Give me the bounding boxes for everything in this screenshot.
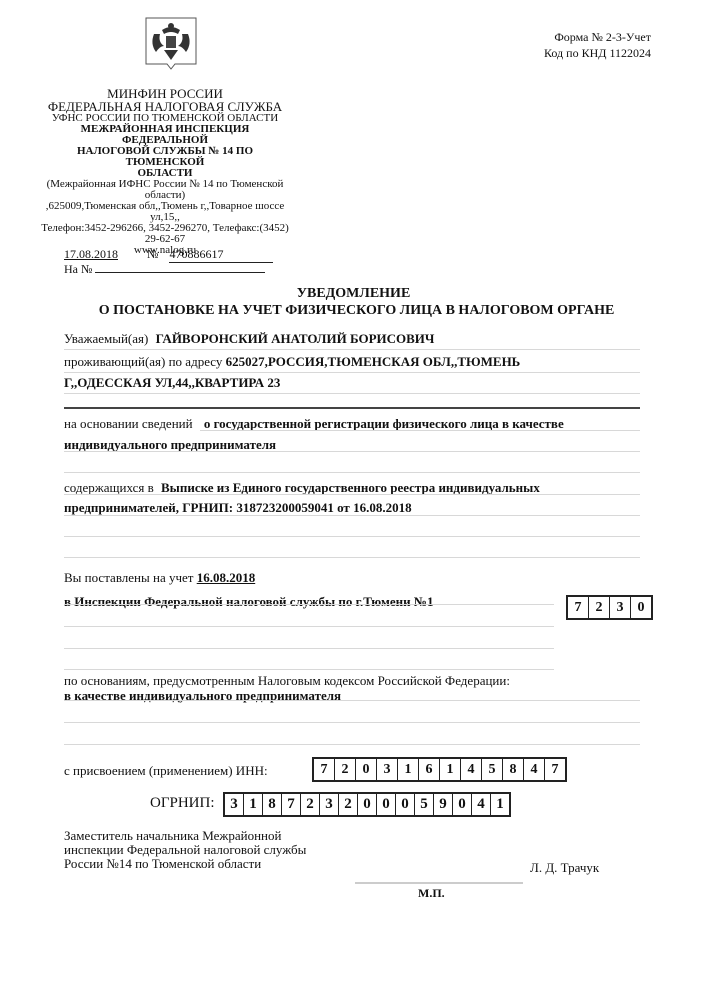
title-line2: О ПОСТАНОВКЕ НА УЧЕТ ФИЗИЧЕСКОГО ЛИЦА В … — [6, 302, 707, 319]
inn-digit: 1 — [398, 759, 419, 780]
ogrnip-digit: 0 — [453, 794, 472, 815]
source-value-line1: Выписке из Единого государственного реес… — [161, 480, 540, 495]
salutation-label: Уважаемый(ая) — [64, 331, 148, 346]
doc-date-number: 17.08.2018 № 470886617 — [64, 247, 273, 263]
stamp-label: М.П. — [418, 886, 445, 901]
ogrnip-digit: 3 — [225, 794, 244, 815]
doc-number: 470886617 — [169, 247, 273, 263]
addressee-name: ГАЙВОРОНСКИЙ АНАТОЛИЙ БОРИСОВИЧ — [156, 331, 435, 346]
position-line: инспекции Федеральной налоговой службы — [64, 843, 306, 857]
addressee-address: проживающий(ая) по адресу 625027,РОССИЯ,… — [64, 354, 520, 370]
ogrnip-digit: 0 — [396, 794, 415, 815]
reply-to: На № — [64, 262, 265, 277]
doc-title: УВЕДОМЛЕНИЕ О ПОСТАНОВКЕ НА УЧЕТ ФИЗИЧЕС… — [0, 285, 707, 319]
inn-digit: 2 — [335, 759, 356, 780]
ogrnip-digit: 5 — [415, 794, 434, 815]
address-label: проживающий(ая) по адресу — [64, 354, 222, 369]
inn-digit: 4 — [461, 759, 482, 780]
inn-digit: 4 — [524, 759, 545, 780]
inspection-name: МЕЖРАЙОННАЯ ИНСПЕКЦИЯ ФЕДЕРАЛЬНОЙ — [40, 124, 290, 146]
ogrnip-digit: 0 — [377, 794, 396, 815]
authority-code-boxes: 7230 — [566, 595, 653, 620]
inn-digit: 8 — [503, 759, 524, 780]
title-line1: УВЕДОМЛЕНИЕ — [0, 285, 707, 302]
inn-label: с присвоением (применением) ИНН: — [64, 763, 268, 779]
inn-digit: 7 — [314, 759, 335, 780]
basis-value-line1: о государственной регистрации физическог… — [204, 416, 564, 431]
inn-digit: 7 — [545, 759, 565, 780]
ogrnip-digit: 1 — [244, 794, 263, 815]
issuer-block: МИНФИН РОССИИ ФЕДЕРАЛЬНАЯ НАЛОГОВАЯ СЛУЖ… — [40, 87, 290, 256]
ogrnip-digit: 2 — [339, 794, 358, 815]
ogrnip-boxes: 318723200059041 — [223, 792, 511, 817]
signer-name: Л. Д. Трачук — [530, 860, 599, 876]
ogrnip-digit: 7 — [282, 794, 301, 815]
registration: Вы поставлены на учет 16.08.2018 — [64, 570, 255, 586]
ogrnip-label: ОГРНИП: — [150, 795, 215, 812]
ogrnip-digit: 0 — [358, 794, 377, 815]
tax-authority: в Инспекции Федеральной налоговой службы… — [64, 594, 433, 610]
address-line1: 625027,РОССИЯ,ТЮМЕНСКАЯ ОБЛ,,ТЮМЕНЬ — [226, 354, 521, 369]
inn-digit: 1 — [440, 759, 461, 780]
doc-date: 17.08.2018 — [64, 247, 118, 261]
ogrnip-digit: 8 — [263, 794, 282, 815]
ogrnip-digit: 4 — [472, 794, 491, 815]
reply-to-line — [95, 262, 265, 273]
position-line: России №14 по Тюменской области — [64, 857, 306, 871]
reply-to-label: На № — [64, 262, 92, 276]
form-number: Форма № 2-3-Учет — [544, 29, 651, 45]
position-line: Заместитель начальника Межрайонной — [64, 829, 306, 843]
ogrnip-digit: 2 — [301, 794, 320, 815]
source-label: содержащихся в — [64, 480, 154, 495]
knd-code: Код по КНД 1122024 — [544, 45, 651, 61]
grounds-label: по основаниям, предусмотренным Налоговым… — [64, 673, 510, 689]
inn-digit: 5 — [482, 759, 503, 780]
address-line2: Г,,ОДЕССКАЯ УЛ,44,,КВАРТИРА 23 — [64, 375, 280, 391]
inn-boxes: 720316145847 — [312, 757, 567, 782]
ogrnip-digit: 3 — [320, 794, 339, 815]
inn-digit: 3 — [377, 759, 398, 780]
code-digit: 0 — [631, 597, 651, 618]
source-value-line2: предпринимателей, ГРНИП: 318723200059041… — [64, 500, 412, 516]
basis-label: на основании сведений — [64, 416, 193, 431]
code-digit: 3 — [610, 597, 631, 618]
salutation: Уважаемый(ая) ГАЙВОРОНСКИЙ АНАТОЛИЙ БОРИ… — [64, 331, 434, 347]
ogrnip-digit: 1 — [491, 794, 509, 815]
coat-of-arms-icon — [144, 16, 198, 78]
grounds-value: в качестве индивидуального предпринимате… — [64, 688, 341, 704]
code-digit: 2 — [589, 597, 610, 618]
number-label: № — [147, 247, 158, 261]
registration-date: 16.08.2018 — [197, 570, 256, 585]
inn-digit: 0 — [356, 759, 377, 780]
inn-digit: 6 — [419, 759, 440, 780]
ogrnip-digit: 9 — [434, 794, 453, 815]
code-digit: 7 — [568, 597, 589, 618]
signer-position: Заместитель начальника Межрайонной инспе… — [64, 829, 306, 871]
registration-label: Вы поставлены на учет — [64, 570, 193, 585]
inspection-name: НАЛОГОВОЙ СЛУЖБЫ № 14 ПО ТЮМЕНСКОЙ — [40, 146, 290, 168]
form-info: Форма № 2-3-Учет Код по КНД 1122024 — [544, 29, 651, 61]
